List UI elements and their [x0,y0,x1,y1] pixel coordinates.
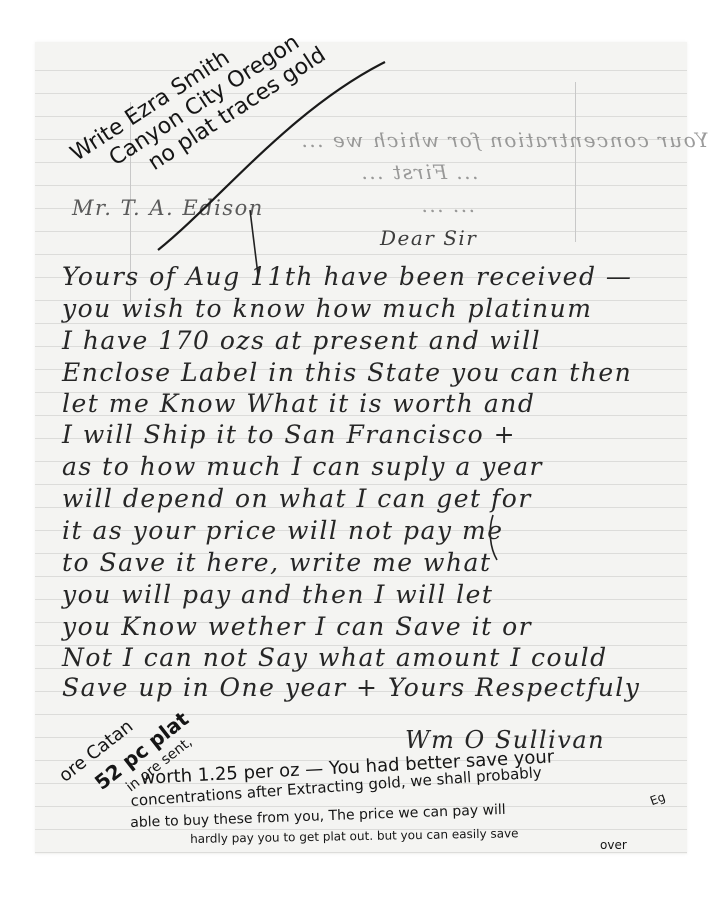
letter-body-line: it as your price will not pay me [62,516,504,545]
letter-body-line: Enclose Label in this State you can then [62,358,632,387]
letter-body-line: you wish to know how much platinum [62,294,592,323]
letter-body-line: as to how much I can suply a year [62,452,543,481]
letter-body-line: will depend on what I can get for [62,484,532,513]
letter-body-line: you will pay and then I will let [62,580,493,609]
letter-body-line: Yours of Aug 11th have been received — [62,262,632,291]
letter-body-line: let me Know What it is worth and [62,389,535,418]
letter-body-line: I have 170 ozs at present and will [62,326,541,355]
letter-body-line: to Save it here, write me what [62,548,492,577]
letter-body-line: Save up in One year + Yours Respectfuly [62,673,640,702]
letter-body-line: you Know wether I can Save it or [62,612,532,641]
letter-body-line: Not I can not Say what amount I could [62,643,608,672]
reply-trailing: over [600,838,627,852]
letter-body-line: I will Ship it to San Francisco + [62,420,516,449]
